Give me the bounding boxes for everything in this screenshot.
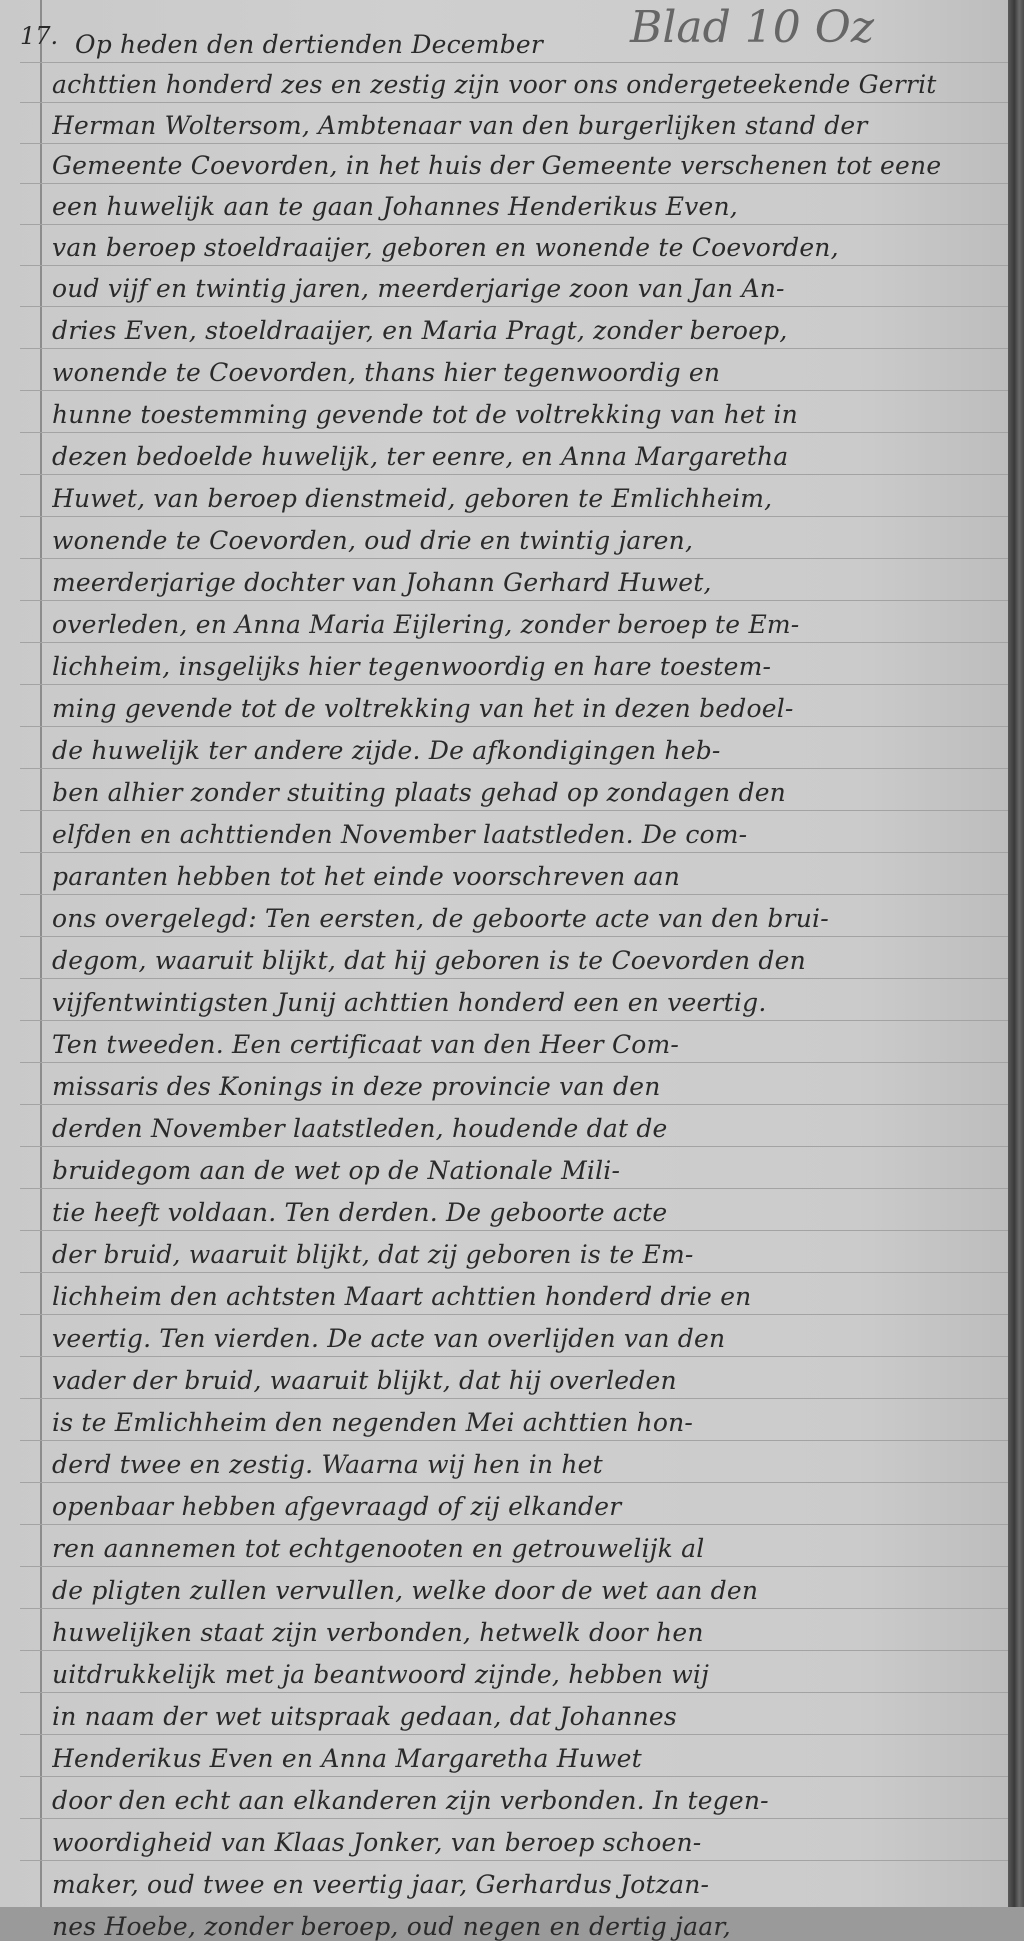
ruled-line: [20, 432, 1010, 433]
text-line: maker, oud twee en veertig jaar, Gerhard…: [52, 1870, 1002, 1899]
ruled-line: [20, 894, 1010, 895]
ruled-line: [20, 1482, 1010, 1483]
text-line: in naam der wet uitspraak gedaan, dat Jo…: [52, 1702, 1002, 1731]
ruled-line: [20, 1650, 1010, 1651]
text-line: achttien honderd zes en zestig zijn voor…: [52, 70, 1002, 99]
text-line: uitdrukkelijk met ja beantwoord zijnde, …: [52, 1660, 1002, 1689]
ruled-line: [20, 1314, 1010, 1315]
ruled-line: [20, 390, 1010, 391]
text-line: tie heeft voldaan. Ten derden. De geboor…: [52, 1198, 1002, 1227]
text-line: elfden en achttienden November laatstled…: [52, 820, 1002, 849]
ruled-line: [20, 978, 1010, 979]
ruled-line: [20, 558, 1010, 559]
text-line: paranten hebben tot het einde voorschrev…: [52, 862, 1002, 891]
entry-number: 17.: [20, 22, 58, 50]
text-line: een huwelijk aan te gaan Johannes Hender…: [52, 192, 1002, 221]
text-line: dezen bedoelde huwelijk, ter eenre, en A…: [52, 442, 1002, 471]
ruled-line: [20, 726, 1010, 727]
ruled-line: [20, 810, 1010, 811]
ruled-line: [20, 474, 1010, 475]
ruled-line: [20, 1062, 1010, 1063]
text-line: veertig. Ten vierden. De acte van overli…: [52, 1324, 1002, 1353]
text-line: dries Even, stoeldraaijer, en Maria Prag…: [52, 316, 1002, 345]
ruled-line: [20, 1734, 1010, 1735]
ruled-line: [20, 183, 1010, 184]
text-line: bruidegom aan de wet op de Nationale Mil…: [52, 1156, 1002, 1185]
text-line: is te Emlichheim den negenden Mei achtti…: [52, 1408, 1002, 1437]
ruled-line: [20, 1146, 1010, 1147]
text-line: wonende te Coevorden, thans hier tegenwo…: [52, 358, 1002, 387]
text-line: meerderjarige dochter van Johann Gerhard…: [52, 568, 1002, 597]
ruled-line: [20, 1398, 1010, 1399]
text-line: missaris des Konings in deze provincie v…: [52, 1072, 1002, 1101]
ruled-line: [20, 768, 1010, 769]
ruled-line: [20, 1566, 1010, 1567]
text-line: Op heden den dertienden December: [75, 30, 575, 59]
text-line: hunne toestemming gevende tot de voltrek…: [52, 400, 1002, 429]
margin-line: [40, 0, 42, 1907]
ruled-line: [20, 1776, 1010, 1777]
register-page: 17. Blad 10 Oz Op heden den dertienden D…: [0, 0, 1008, 1907]
text-line: ren aannemen tot echtgenooten en getrouw…: [52, 1534, 1002, 1563]
ruled-line: [20, 143, 1010, 144]
ruled-line: [20, 1104, 1010, 1105]
text-line: door den echt aan elkanderen zijn verbon…: [52, 1786, 1002, 1815]
ruled-line: [20, 306, 1010, 307]
ruled-line: [20, 1608, 1010, 1609]
text-line: woordigheid van Klaas Jonker, van beroep…: [52, 1828, 1002, 1857]
text-line: lichheim den achtsten Maart achttien hon…: [52, 1282, 1002, 1311]
text-line: openbaar hebben afgevraagd of zij elkand…: [52, 1492, 1002, 1521]
text-line: Henderikus Even en Anna Margaretha Huwet: [52, 1744, 1002, 1773]
text-line: wonende te Coevorden, oud drie en twinti…: [52, 526, 1002, 555]
text-line: de huwelijk ter andere zijde. De afkondi…: [52, 736, 1002, 765]
text-line: degom, waaruit blijkt, dat hij geboren i…: [52, 946, 1002, 975]
book-binding-edge: [1008, 0, 1024, 1907]
text-line: Huwet, van beroep dienstmeid, geboren te…: [52, 484, 1002, 513]
ruled-line: [20, 1860, 1010, 1861]
ruled-line: [20, 684, 1010, 685]
ruled-line: [20, 102, 1010, 103]
text-line: ming gevende tot de voltrekking van het …: [52, 694, 1002, 723]
ruled-line: [20, 936, 1010, 937]
text-line: der bruid, waaruit blijkt, dat zij gebor…: [52, 1240, 1002, 1269]
ruled-line: [20, 1692, 1010, 1693]
text-line: Herman Woltersom, Ambtenaar van den burg…: [52, 111, 1002, 140]
text-line: lichheim, insgelijks hier tegenwoordig e…: [52, 652, 1002, 681]
ruled-line: [20, 348, 1010, 349]
ruled-line: [20, 642, 1010, 643]
ruled-line: [20, 265, 1010, 266]
ruled-line: [20, 852, 1010, 853]
ruled-line: [20, 1230, 1010, 1231]
ruled-line: [20, 1020, 1010, 1021]
ruled-line: [20, 62, 1010, 63]
text-line: vader der bruid, waaruit blijkt, dat hij…: [52, 1366, 1002, 1395]
folio-mark: Blad 10 Oz: [630, 2, 874, 53]
ruled-line: [20, 1188, 1010, 1189]
text-line: huwelijken staat zijn verbonden, hetwelk…: [52, 1618, 1002, 1647]
text-line: Gemeente Coevorden, in het huis der Geme…: [52, 151, 1002, 180]
ruled-line: [20, 1356, 1010, 1357]
text-line: derd twee en zestig. Waarna wij hen in h…: [52, 1450, 1002, 1479]
text-line: Ten tweeden. Een certificaat van den Hee…: [52, 1030, 1002, 1059]
text-line: ben alhier zonder stuiting plaats gehad …: [52, 778, 1002, 807]
text-line: overleden, en Anna Maria Eijlering, zond…: [52, 610, 1002, 639]
text-line: derden November laatstleden, houdende da…: [52, 1114, 1002, 1143]
text-line: ons overgelegd: Ten eersten, de geboorte…: [52, 904, 1002, 933]
ruled-line: [20, 1818, 1010, 1819]
ruled-line: [20, 516, 1010, 517]
ruled-line: [20, 1272, 1010, 1273]
ruled-line: [20, 1524, 1010, 1525]
ruled-line: [20, 600, 1010, 601]
text-line: van beroep stoeldraaijer, geboren en won…: [52, 233, 1002, 262]
text-line: oud vijf en twintig jaren, meerderjarige…: [52, 274, 1002, 303]
ruled-line: [20, 224, 1010, 225]
text-line: vijfentwintigsten Junij achttien honderd…: [52, 988, 1002, 1017]
ruled-line: [20, 1440, 1010, 1441]
text-line: de pligten zullen vervullen, welke door …: [52, 1576, 1002, 1605]
